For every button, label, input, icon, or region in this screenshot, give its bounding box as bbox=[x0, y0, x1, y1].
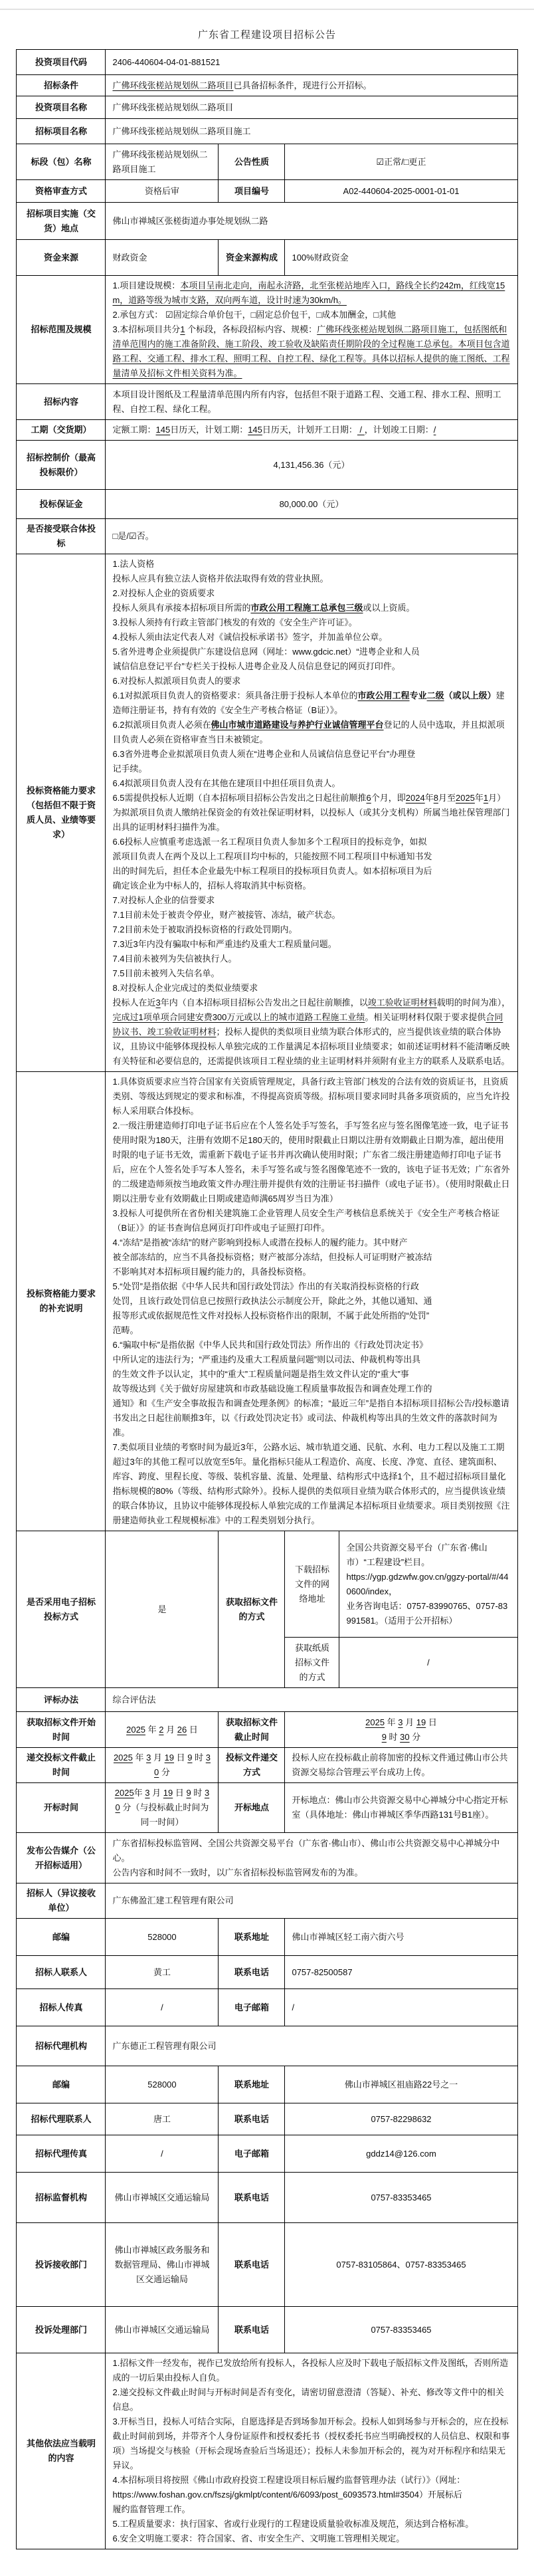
tenderer-contact-value: 黄工 bbox=[106, 1956, 219, 1989]
other-content-value: 1.招标文件一经发布，视作已发放给所有投标人，各投标人应及时下载电子版招标文件及… bbox=[106, 2353, 517, 2549]
table-row: 资金来源 财政资金 资金来源构成 100%财政资金 bbox=[17, 240, 517, 276]
consortium-label: 是否接受联合体投标 bbox=[17, 519, 106, 554]
table-row: 是否采用电子招标投标方式 是 获取招标文件的方式 下载招标文件的网络地址 全国公… bbox=[17, 1531, 517, 1638]
submission-method-value: 投标人应在投标截止前将加密的投标文件通过佛山市公共资源交易综合管理云平台成功上传… bbox=[285, 1748, 517, 1783]
table-row: 发布公告媒介（公开招标适用） 广东省招标投标监管网、全国公共资源交易平台（广东省… bbox=[17, 1833, 517, 1883]
evaluation-label: 评标办法 bbox=[17, 1688, 106, 1712]
table-row: 招标内容 本项目设计图纸及工程量清单范围内所有内容，包括但不限于道路工程、交通工… bbox=[17, 384, 517, 420]
opening-time-value: 2025年 3 月 19 日 9 时 30 分（与投标截止时间为同一时间） bbox=[106, 1783, 219, 1833]
table-row: 招标条件 广佛环线张槎站规划纵二路项目已具备招标条件，现进行公开招标。 bbox=[17, 75, 517, 96]
doc-start-time-value: 2025 年 2 月 26 日 bbox=[106, 1712, 219, 1748]
agency-phone-label: 联系电话 bbox=[219, 2103, 285, 2135]
tenderer-fax-label: 招标人传真 bbox=[17, 1989, 106, 2026]
page-title: 广东省工程建设项目招标公告 bbox=[0, 27, 534, 41]
table-row: 投标资格能力要求（包括但不限于资质人员、业绩等要求） 1.法人资格投标人应具有独… bbox=[17, 554, 517, 1072]
evaluation-value: 综合评估法 bbox=[106, 1688, 517, 1712]
doc-deadline-label: 获取招标文件截止时间 bbox=[219, 1712, 285, 1748]
table-row: 邮编 528000 联系地址 佛山市禅城区祖庙路22号之一 bbox=[17, 2066, 517, 2103]
agency-phone-value: 0757-82298632 bbox=[285, 2103, 517, 2135]
location-value: 佛山市禅城区张槎街道办事处规划纵二路 bbox=[106, 203, 517, 240]
agency-contact-value: 唐工 bbox=[106, 2103, 219, 2135]
consortium-value: □是/☑否。 bbox=[106, 519, 517, 554]
tenderer-postcode-label: 邮编 bbox=[17, 1919, 106, 1956]
complaint-receive-value: 佛山市禅城区政务服务和数据管理局、佛山市禅城区交通运输局 bbox=[106, 2223, 219, 2307]
table-row: 招标范围及规模 1.项目建设规模：本项目呈南北走向，南起永济路，北至张槎站地库入… bbox=[17, 276, 517, 384]
table-row: 资格审查方式 资格后审 项目编号 A02-440604-2025-0001-01… bbox=[17, 180, 517, 203]
table-row: 其他依法应当载明的内容 1.招标文件一经发布，视作已发放给所有投标人，各投标人应… bbox=[17, 2353, 517, 2549]
agency-value: 广东德正工程管理有限公司 bbox=[106, 2026, 517, 2066]
bottom-spacer bbox=[0, 2549, 534, 2576]
table-row: 标段（包）名称 广佛环线张槎站规划纵二路项目施工 公告性质 ☑正常/□更正 bbox=[17, 144, 517, 180]
submission-deadline-label: 递交投标文件截止时间 bbox=[17, 1748, 106, 1783]
investment-name-label: 投资项目名称 bbox=[17, 96, 106, 119]
media-value: 广东省招标投标监管网、全国公共资源交易平台（广东省·佛山市）、佛山市公共资源交易… bbox=[106, 1833, 517, 1883]
complaint-handle-phone-label: 联系电话 bbox=[219, 2307, 285, 2353]
agency-fax-value: / bbox=[106, 2135, 219, 2173]
tenderer-email-value: / bbox=[285, 1989, 517, 2026]
table-row: 招标代理传真 / 电子邮箱 gddz14@126.com bbox=[17, 2135, 517, 2173]
submission-deadline-value: 2025 年 3 月 19 日 9 时 30 分 bbox=[106, 1748, 219, 1783]
funding-composition-value: 100%财政资金 bbox=[285, 240, 517, 276]
e-bidding-label: 是否采用电子招标投标方式 bbox=[17, 1531, 106, 1688]
agency-contact-label: 招标代理联系人 bbox=[17, 2103, 106, 2135]
funding-composition-label: 资金来源构成 bbox=[219, 240, 285, 276]
table-row: 招标代理联系人 唐工 联系电话 0757-82298632 bbox=[17, 2103, 517, 2135]
supervisor-value: 佛山市禅城区交通运输局 bbox=[106, 2173, 219, 2223]
agency-postcode-label: 邮编 bbox=[17, 2066, 106, 2103]
table-row: 工期（交货期） 定额工期：145日历天，计划工期：145日历天，计划开工日期： … bbox=[17, 420, 517, 441]
agency-address-value: 佛山市禅城区祖庙路22号之一 bbox=[285, 2066, 517, 2103]
qualification-notes-value: 1.具体资质要求应当符合国家有关资质管理规定，具备行政主管部门核发的合法有效的资… bbox=[106, 1072, 517, 1531]
complaint-handle-value: 佛山市禅城区交通运输局 bbox=[106, 2307, 219, 2353]
table-row: 投资项目代码 2406-440604-04-01-881521 bbox=[17, 50, 517, 75]
agency-email-value: gddz14@126.com bbox=[285, 2135, 517, 2173]
table-row: 投诉处理部门 佛山市禅城区交通运输局 联系电话 0757-83353465 bbox=[17, 2307, 517, 2353]
project-number-value: A02-440604-2025-0001-01-01 bbox=[285, 180, 517, 203]
location-label: 招标项目实施（交货）地点 bbox=[17, 203, 106, 240]
supervisor-phone-label: 联系电话 bbox=[219, 2173, 285, 2223]
section-name-value: 广佛环线张槎站规划纵二路项目施工 bbox=[106, 144, 219, 180]
bid-condition-value: 广佛环线张槎站规划纵二路项目已具备招标条件，现进行公开招标。 bbox=[106, 75, 517, 96]
tender-announcement-table: 投资项目代码 2406-440604-04-01-881521 招标条件 广佛环… bbox=[16, 49, 517, 2549]
funding-label: 资金来源 bbox=[17, 240, 106, 276]
tender-name-label: 招标项目名称 bbox=[17, 119, 106, 144]
bid-bond-label: 投标保证金 bbox=[17, 490, 106, 519]
table-row: 投标保证金 80,000.00（元） bbox=[17, 490, 517, 519]
scope-value: 1.项目建设规模：本项目呈南北走向，南起永济路，北至张槎站地库入口，路线全长约2… bbox=[106, 276, 517, 384]
download-address-value: 全国公共资源交易平台（广东省·佛山市）“工程建设”栏目。https://ygp.… bbox=[339, 1531, 517, 1638]
table-row: 招标人联系人 黄工 联系电话 0757-82500587 bbox=[17, 1956, 517, 1989]
scope-label: 招标范围及规模 bbox=[17, 276, 106, 384]
table-row: 邮编 528000 联系地址 佛山市禅城区轻工南六街六号 bbox=[17, 1919, 517, 1956]
table-row: 招标监督机构 佛山市禅城区交通运输局 联系电话 0757-83353465 bbox=[17, 2173, 517, 2223]
table-row: 获取招标文件开始时间 2025 年 2 月 26 日 获取招标文件截止时间 20… bbox=[17, 1712, 517, 1748]
media-label: 发布公告媒介（公开招标适用） bbox=[17, 1833, 106, 1883]
investment-code-label: 投资项目代码 bbox=[17, 50, 106, 75]
table-row: 招标代理机构 广东德正工程管理有限公司 bbox=[17, 2026, 517, 2066]
bid-condition-label: 招标条件 bbox=[17, 75, 106, 96]
table-row: 招标项目名称 广佛环线张槎站规划纵二路项目施工 bbox=[17, 119, 517, 144]
tenderer-value: 广东佛盈汇建工程管理有限公司 bbox=[106, 1883, 517, 1919]
price-ceiling-label: 招标控制价（最高投标限价） bbox=[17, 441, 106, 490]
doc-deadline-value: 2025 年 3 月 19 日9 时 30 分 bbox=[285, 1712, 517, 1748]
doc-obtain-method-label: 获取招标文件的方式 bbox=[219, 1531, 285, 1688]
agency-label: 招标代理机构 bbox=[17, 2026, 106, 2066]
qualification-notes-label: 投标资格能力要求的补充说明 bbox=[17, 1072, 106, 1531]
table-row: 投诉接收部门 佛山市禅城区政务服务和数据管理局、佛山市禅城区交通运输局 联系电话… bbox=[17, 2223, 517, 2307]
submission-method-label: 投标文件递交方式 bbox=[219, 1748, 285, 1783]
download-address-label: 下载招标文件的网络地址 bbox=[285, 1531, 339, 1638]
investment-name-value: 广佛环线张槎站规划纵二路项目 bbox=[106, 96, 517, 119]
table-row: 招标控制价（最高投标限价） 4,131,456.36（元） bbox=[17, 441, 517, 490]
opening-place-label: 开标地点 bbox=[219, 1783, 285, 1833]
qualification-req-value: 1.法人资格投标人应具有独立法人资格并依法取得有效的营业执照。2.对投标人企业的… bbox=[106, 554, 517, 1072]
content-value: 本项目设计图纸及工程量清单范围内所有内容，包括但不限于道路工程、交通工程、排水工… bbox=[106, 384, 517, 420]
qualification-req-label: 投标资格能力要求（包括但不限于资质人员、业绩等要求） bbox=[17, 554, 106, 1072]
opening-place-value: 开标地点：佛山市公共资源交易中心禅城分中心指定开标室（具体地址：佛山市禅城区季华… bbox=[285, 1783, 517, 1833]
paper-doc-value: / bbox=[339, 1638, 517, 1688]
tenderer-postcode-value: 528000 bbox=[106, 1919, 219, 1956]
agency-fax-label: 招标代理传真 bbox=[17, 2135, 106, 2173]
funding-value: 财政资金 bbox=[106, 240, 219, 276]
table-row: 是否接受联合体投标 □是/☑否。 bbox=[17, 519, 517, 554]
notice-type-label: 公告性质 bbox=[219, 144, 285, 180]
complaint-handle-label: 投诉处理部门 bbox=[17, 2307, 106, 2353]
table-row: 投标资格能力要求的补充说明 1.具体资质要求应当符合国家有关资质管理规定，具备行… bbox=[17, 1072, 517, 1531]
duration-label: 工期（交货期） bbox=[17, 420, 106, 441]
complaint-handle-phone-value: 0757-83353465 bbox=[285, 2307, 517, 2353]
tenderer-contact-label: 招标人联系人 bbox=[17, 1956, 106, 1989]
agency-email-label: 电子邮箱 bbox=[219, 2135, 285, 2173]
supervisor-label: 招标监督机构 bbox=[17, 2173, 106, 2223]
e-bidding-value: 是 bbox=[106, 1531, 219, 1688]
tenderer-fax-value: / bbox=[106, 1989, 219, 2026]
table-row: 评标办法 综合评估法 bbox=[17, 1688, 517, 1712]
section-name-label: 标段（包）名称 bbox=[17, 144, 106, 180]
tenderer-phone-label: 联系电话 bbox=[219, 1956, 285, 1989]
qual-review-value: 资格后审 bbox=[106, 180, 219, 203]
table-row: 递交投标文件截止时间 2025 年 3 月 19 日 9 时 30 分 投标文件… bbox=[17, 1748, 517, 1783]
notice-type-value: ☑正常/□更正 bbox=[285, 144, 517, 180]
paper-doc-label: 获取纸质招标文件的方式 bbox=[285, 1638, 339, 1688]
bid-bond-value: 80,000.00（元） bbox=[106, 490, 517, 519]
agency-postcode-value: 528000 bbox=[106, 2066, 219, 2103]
price-ceiling-value: 4,131,456.36（元） bbox=[106, 441, 517, 490]
table-row: 招标项目实施（交货）地点 佛山市禅城区张槎街道办事处规划纵二路 bbox=[17, 203, 517, 240]
top-divider bbox=[0, 9, 534, 10]
table-row: 投资项目名称 广佛环线张槎站规划纵二路项目 bbox=[17, 96, 517, 119]
agency-address-label: 联系地址 bbox=[219, 2066, 285, 2103]
project-number-label: 项目编号 bbox=[219, 180, 285, 203]
tenderer-address-value: 佛山市禅城区轻工南六街六号 bbox=[285, 1919, 517, 1956]
duration-value: 定额工期：145日历天，计划工期：145日历天，计划开工日期： / ，计划竣工日… bbox=[106, 420, 517, 441]
tenderer-label: 招标人（异议接收单位） bbox=[17, 1883, 106, 1919]
tender-name-value: 广佛环线张槎站规划纵二路项目施工 bbox=[106, 119, 517, 144]
investment-code-value: 2406-440604-04-01-881521 bbox=[106, 50, 517, 75]
complaint-receive-phone-value: 0757-83105864、0757-83353465 bbox=[285, 2223, 517, 2307]
tenderer-phone-value: 0757-82500587 bbox=[285, 1956, 517, 1989]
table-row: 招标人（异议接收单位） 广东佛盈汇建工程管理有限公司 bbox=[17, 1883, 517, 1919]
complaint-receive-phone-label: 联系电话 bbox=[219, 2223, 285, 2307]
tenderer-email-label: 电子邮箱 bbox=[219, 1989, 285, 2026]
doc-start-time-label: 获取招标文件开始时间 bbox=[17, 1712, 106, 1748]
content-label: 招标内容 bbox=[17, 384, 106, 420]
other-content-label: 其他依法应当载明的内容 bbox=[17, 2353, 106, 2549]
tenderer-address-label: 联系地址 bbox=[219, 1919, 285, 1956]
complaint-receive-label: 投诉接收部门 bbox=[17, 2223, 106, 2307]
supervisor-phone-value: 0757-83353465 bbox=[285, 2173, 517, 2223]
table-row: 开标时间 2025年 3 月 19 日 9 时 30 分（与投标截止时间为同一时… bbox=[17, 1783, 517, 1833]
table-row: 招标人传真 / 电子邮箱 / bbox=[17, 1989, 517, 2026]
opening-time-label: 开标时间 bbox=[17, 1783, 106, 1833]
qual-review-label: 资格审查方式 bbox=[17, 180, 106, 203]
